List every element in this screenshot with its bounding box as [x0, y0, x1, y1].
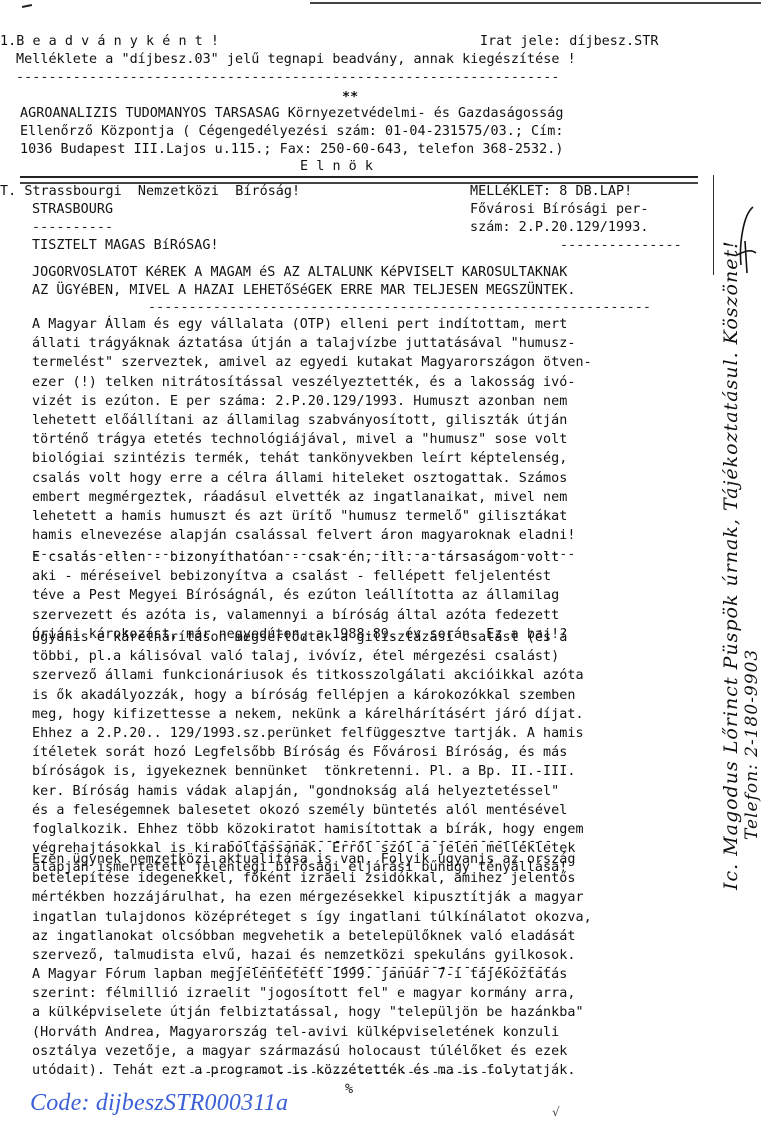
header-separator: ----------------------------------------…	[16, 68, 560, 87]
salutation: TISZTELT MAGAS BíRóSAG!	[32, 236, 219, 255]
addressee-city: STRASBOURG	[32, 200, 113, 219]
paragraph-line: történő trágya etetés technológiájával, …	[32, 430, 592, 449]
paragraph-line: állati trágyáknak áztatása útján a talaj…	[32, 334, 592, 353]
paragraph-line: szerint: félmillió izraelit "jogosított …	[32, 984, 584, 1003]
paragraph-line: is ők akadályozzák, hogy a bíróság fellé…	[32, 686, 584, 705]
paragraph-line: termelést" szerveztek, amivel az egyedi …	[32, 353, 592, 372]
paragraph-line: A Magyar Fórum lapban megjelentetett 199…	[32, 965, 584, 984]
paragraph-line: és a feleségemnek balesetet okozó személ…	[32, 801, 584, 820]
paragraph-line: mértékben hozzájárulhat, ha ezen mérgezé…	[32, 888, 592, 907]
stray-check-mark: √	[552, 1105, 560, 1119]
paragraph-1: A Magyar Állam és egy vállalata (OTP) el…	[32, 315, 592, 565]
header-line-1-left: 1.B e a d v á n y k é n t !	[0, 32, 219, 51]
paragraph-line: ker. Bíróság hamis vádak alapján, "gondn…	[32, 782, 584, 801]
paragraph-line: Ugyanis e kárelhárításon megsértődtek a …	[32, 628, 584, 647]
organization-role: E l n ö k	[300, 157, 373, 176]
paragraph-line: ítéletek sorát hozó Legfelsőbb Bíróság é…	[32, 743, 584, 762]
paragraph-line: (Horváth Andrea, Magyarország tel-avivi …	[32, 1023, 584, 1042]
paragraph-line: szervező állami funkcionáriusok és titko…	[32, 666, 584, 685]
handwritten-note: Ic. Magodus Lőrinct Püspök úrnak, Tájéko…	[720, 240, 742, 890]
paragraph-line: téve a Pest Megyei Bíróságnál, és ezúton…	[32, 586, 567, 605]
paragraph-line: meg, hogy kifizettesse a nekem, nekünk a…	[32, 705, 584, 724]
paragraph-line: bíróságok is, igyekeznek bennünket tönkr…	[32, 762, 584, 781]
paragraph-line: aki - méréseivel bebizonyítva a csalást …	[32, 567, 567, 586]
paragraph-line: lehetett előállítani az államilag szabvá…	[32, 411, 592, 430]
paragraph-line: lehetett a hamis humuszt és azt ürítő "h…	[32, 507, 592, 526]
paragraph-line: embert megmérgeztek, ráadásul elvették a…	[32, 488, 592, 507]
paragraph-line: hamis elnevezése alapján csalással felve…	[32, 526, 592, 545]
paragraph-line: biológiai szintézis termék, tehát tankön…	[32, 449, 592, 468]
paragraph-line: szervezett és azóta is, valamennyi a bír…	[32, 606, 567, 625]
organization-line-2: Ellenőrző Központja ( Cégengedélyezési s…	[20, 122, 564, 141]
document-code: Code: dijbeszSTR000311a	[30, 1090, 288, 1117]
organization-line-3: 1036 Budapest III.Lajos u.115.; Fax: 250…	[20, 140, 564, 159]
paragraph-separator: ----------------------------------------	[228, 832, 552, 851]
paragraph-line: ingatlan tulajdonos középréteget s így i…	[32, 908, 592, 927]
paragraph-line: csalás volt hogy erre a célra állami hit…	[32, 469, 592, 488]
paragraph-line: ezer (!) telken nitrátosítással veszélye…	[32, 373, 592, 392]
paragraph-line: az ingatlanokat olcsóbban megvehetik a b…	[32, 927, 592, 946]
document-reference: Irat jele: díjbesz.STR	[480, 32, 658, 51]
attachment-case-number: szám: 2.P.20.129/1993.	[470, 218, 648, 237]
paragraph-line: E csalás ellen - bizonyíthatóan - csak é…	[32, 548, 567, 567]
paragraph-line: A Magyar Állam és egy vállalata (OTP) el…	[32, 315, 592, 334]
paragraph-line: többi, pl.a kálisóval való talaj, ivóvíz…	[32, 647, 584, 666]
organization-line-1: AGROANALIZIS TUDOMANYOS TARSASAG Környez…	[20, 104, 564, 123]
scan-top-edge-line	[310, 2, 761, 4]
attachment-count: MELLéKLET: 8 DB.LAP!	[470, 182, 632, 201]
paragraph-line: osztálya vezetője, a magyar származású h…	[32, 1042, 584, 1061]
end-mark: %	[345, 1080, 353, 1099]
handwritten-phone: Telefon: 2-180-9903	[742, 649, 761, 840]
header-line-2: Melléklete a "díjbesz.03" jelű tegnapi b…	[16, 50, 576, 69]
scan-speck	[22, 4, 32, 8]
paragraph-line: Ezen ügynek nemzetközi aktualitása is va…	[32, 850, 592, 869]
margin-vertical-line	[713, 175, 714, 275]
paragraph-4: Ezen ügynek nemzetközi aktualitása is va…	[32, 850, 592, 965]
addressee-underline: ----------	[32, 218, 113, 237]
paragraph-line: a külképviselete útján felbiztatással, h…	[32, 1003, 584, 1022]
paragraph-line: Ehhez a 2.P.20.. 129/1993.sz.perünket fe…	[32, 724, 584, 743]
heading-line-1: JOGORVOSLATOT KéREK A MAGAM éS AZ ALTALU…	[32, 263, 567, 282]
attachment-court-line: Fővárosi Bírósági per-	[470, 200, 648, 219]
paragraph-line: vizét is ezúton. E per száma: 2.P.20.129…	[32, 392, 592, 411]
paragraph-line: betelepítése idegenekkel, főként izraeli…	[32, 869, 592, 888]
addressee-court: T. Strassbourgi Nemzetközi Bíróság!	[0, 182, 300, 201]
attachment-underline: ---------------	[560, 236, 682, 255]
